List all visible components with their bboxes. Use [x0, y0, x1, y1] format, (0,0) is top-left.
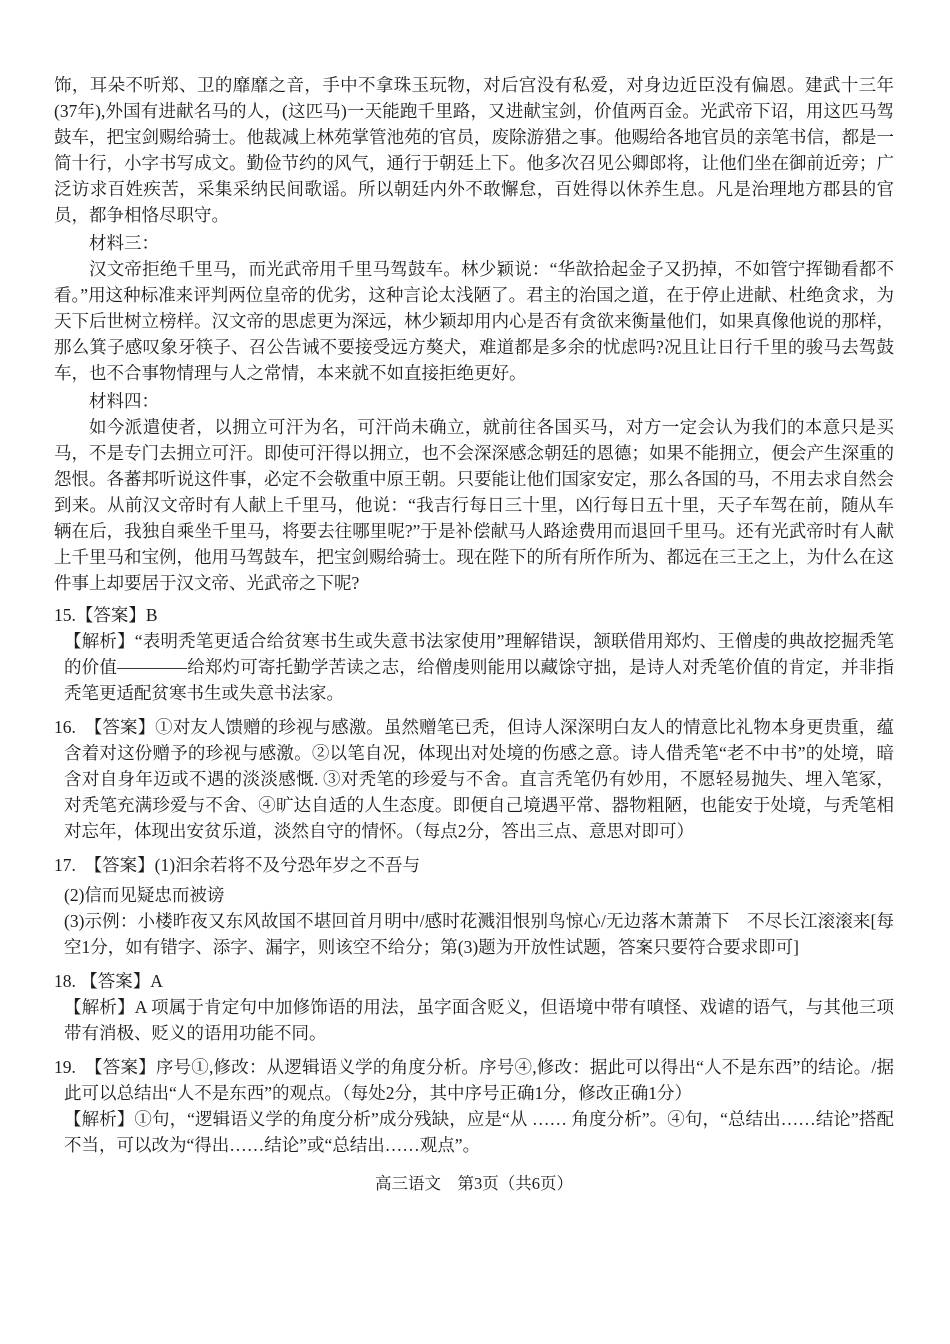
translation-paragraph-guangwu: 饰，耳朵不听郑、卫的靡靡之音，手中不拿珠玉玩物，对后宫没有私爱，对身边近臣没有偏… [54, 72, 894, 228]
analysis-18: 【解析】A 项属于肯定句中加修饰语的用法，虽字面含贬义，但语境中带有嗔怪、戏谑的… [64, 994, 894, 1046]
analysis-19: 【解析】①句，“逻辑语义学的角度分析”成分残缺，应是“从 …… 角度分析”。④句… [64, 1106, 894, 1158]
page-footer: 高三语文 第3页（共6页） [54, 1171, 894, 1197]
answer-item-17-line1: 17. 【答案】(1)汩余若将不及兮恐年岁之不吾与 [54, 852, 894, 878]
exam-answer-page: 饰，耳朵不听郑、卫的靡靡之音，手中不拿珠玉玩物，对后宫没有私爱，对身边近臣没有偏… [0, 0, 950, 1344]
answer-item-19: 19. 【答案】序号①,修改：从逻辑语义学的角度分析。序号④,修改：据此可以得出… [54, 1054, 894, 1106]
answer-item-17-line2: (2)信而见疑忠而被谤 [64, 882, 894, 908]
material-4-paragraph: 如今派遣使者，以拥立可汗为名，可汗尚未确立，就前往各国买马，对方一定会认为我们的… [54, 414, 894, 596]
answer-item-15: 15.【答案】B [54, 602, 894, 628]
material-4-label: 材料四： [54, 388, 894, 414]
answer-item-18: 18. 【答案】A [54, 968, 894, 994]
answer-item-17-line3: (3)示例：小楼昨夜又东风故国不堪回首月明中/感时花溅泪恨别鸟惊心/无边落木萧萧… [64, 908, 894, 960]
analysis-15: 【解析】“表明秃笔更适合给贫寒书生或失意书法家使用”理解错误，颔联借用郑灼、王僧… [64, 628, 894, 706]
page-content: 饰，耳朵不听郑、卫的靡靡之音，手中不拿珠玉玩物，对后宫没有私爱，对身边近臣没有偏… [0, 0, 950, 1197]
material-3-label: 材料三： [54, 230, 894, 256]
material-3-paragraph: 汉文帝拒绝千里马，而光武帝用千里马驾鼓车。林少颖说：“华歆拾起金子又扔掉，不如管… [54, 256, 894, 386]
answer-item-16: 16. 【答案】①对友人馈赠的珍视与感激。虽然赠笔已秃，但诗人深深明白友人的情意… [54, 714, 894, 844]
